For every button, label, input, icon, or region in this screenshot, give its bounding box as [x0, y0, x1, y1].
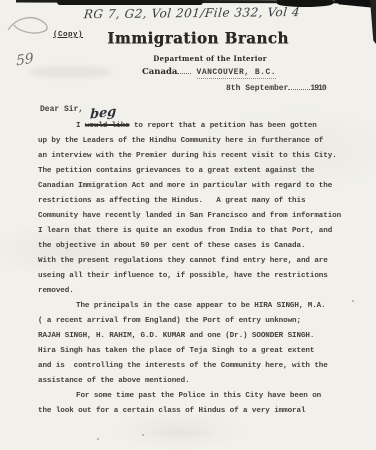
- paragraph-2: The principals in the case appear to be …: [38, 299, 368, 389]
- letterhead-location-line: Canada VANCOUVER, B.C.: [142, 66, 276, 77]
- para1-struck-text: would like: [85, 122, 130, 130]
- smudge-mark: [150, 430, 210, 436]
- letterhead-department: Department of the Interior: [80, 54, 340, 63]
- date-line: 8th September1910: [226, 82, 326, 93]
- para1-rest: to report that a petition has been gotte…: [38, 122, 341, 295]
- letterhead-country: Canada: [142, 67, 177, 77]
- paragraph-3: For some time past the Police in this Ci…: [38, 389, 368, 419]
- salutation: Dear Sir,: [40, 105, 83, 114]
- paragraph-1: I would like to report that a petition h…: [38, 119, 368, 299]
- scan-edge-right-wedge: [334, 0, 376, 8]
- date-text: 8th September: [226, 84, 288, 93]
- document-page: RG 7, G2, Vol 201/File 332, Vol 4 59 (Co…: [0, 0, 376, 450]
- file-number-annotation: 59: [15, 50, 34, 69]
- archive-annotation: RG 7, G2, Vol 201/File 332, Vol 4: [83, 5, 325, 22]
- para1-lead: I: [76, 122, 85, 130]
- letterhead-city: VANCOUVER, B.C.: [197, 68, 277, 79]
- scan-edge-right-strip: [370, 0, 376, 44]
- speck: [97, 438, 99, 440]
- speck: [142, 434, 144, 436]
- dotted-leader: [288, 82, 310, 90]
- letter-body: beg I would like to report that a petiti…: [38, 119, 368, 419]
- scan-edge-top-segment: [57, 0, 203, 5]
- smudge-mark: [28, 66, 112, 78]
- date-year: 1910: [310, 84, 325, 93]
- letterhead-branch-title: Immigration Branch: [58, 28, 338, 47]
- dotted-leader: [177, 66, 191, 74]
